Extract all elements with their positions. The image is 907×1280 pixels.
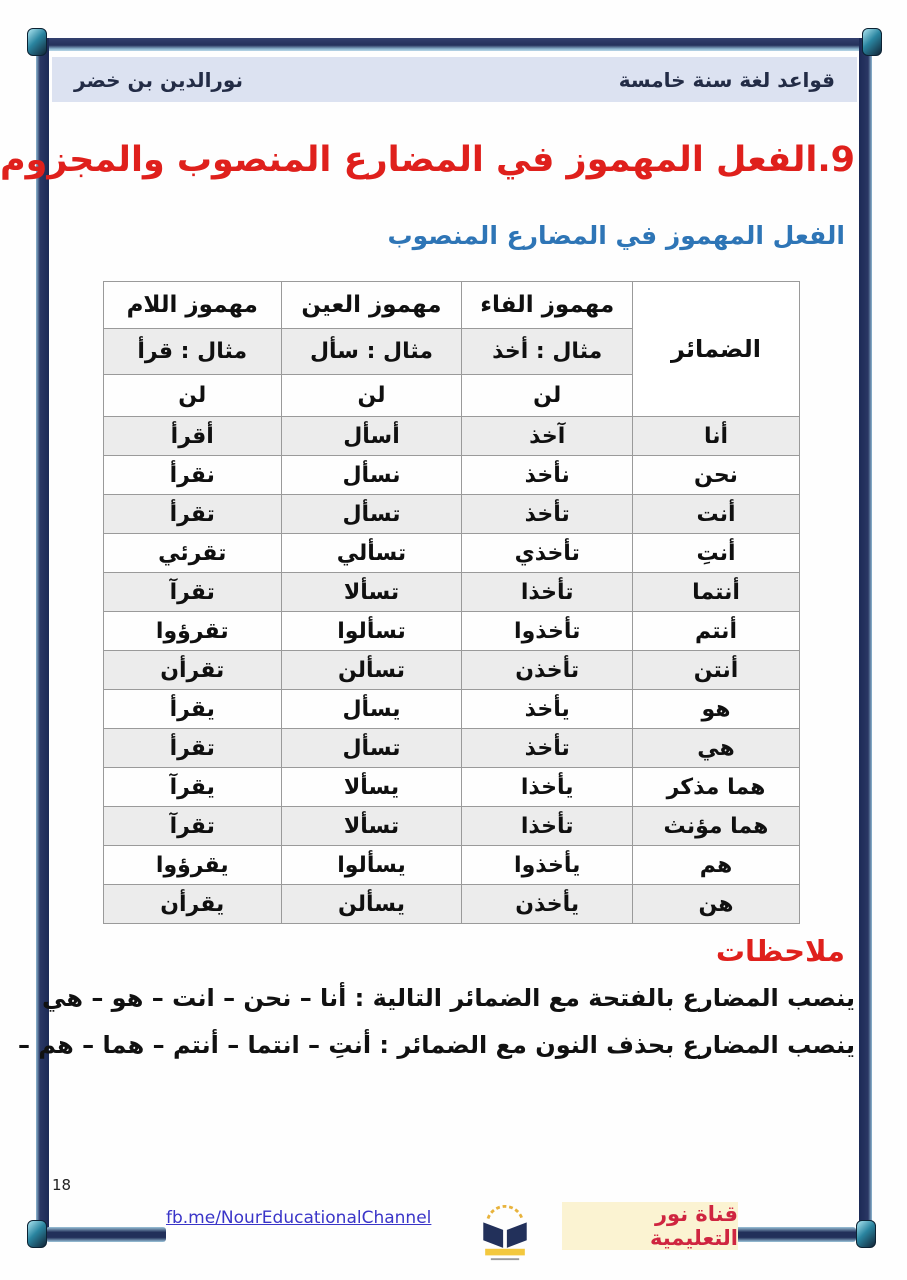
- verb-cell-faa: تأخذن: [462, 651, 633, 690]
- verb-cell-lam: يقرؤوا: [104, 846, 282, 885]
- pronoun-cell: هي: [632, 729, 799, 768]
- conjugation-row: هما مؤنثتأخذاتسألاتقرآ: [104, 807, 800, 846]
- channel-logo: [476, 1194, 534, 1262]
- example-cell-faa: مثال : أخذ: [462, 329, 633, 375]
- channel-name-text: قناة نور التعليمية: [562, 1202, 738, 1250]
- pronoun-cell: أنت: [632, 495, 799, 534]
- verb-cell-lam: تقرأن: [104, 651, 282, 690]
- verb-cell-faa: يأخذا: [462, 768, 633, 807]
- verb-cell-faa: نأخذ: [462, 456, 633, 495]
- pronoun-cell: هن: [632, 885, 799, 924]
- conjugation-row: هنيأخذنيسألنيقرأن: [104, 885, 800, 924]
- example-cell-lam: مثال : قرأ: [104, 329, 282, 375]
- verb-cell-lam: يقرأ: [104, 690, 282, 729]
- verb-cell-ain: نسأل: [281, 456, 462, 495]
- conjugation-row: هويأخذيسأليقرأ: [104, 690, 800, 729]
- verb-cell-faa: آخذ: [462, 417, 633, 456]
- negation-cell-faa: لن: [462, 375, 633, 417]
- conjugation-row: أنتماتأخذاتسألاتقرآ: [104, 573, 800, 612]
- verb-cell-lam: تقرئي: [104, 534, 282, 573]
- conjugation-row: هيتأخذتسألتقرأ: [104, 729, 800, 768]
- pronoun-cell: أنتِ: [632, 534, 799, 573]
- facebook-channel-link[interactable]: fb.me/NourEducationalChannel: [166, 1208, 431, 1228]
- verb-cell-faa: تأخذا: [462, 573, 633, 612]
- pronoun-cell: أنا: [632, 417, 799, 456]
- conjugation-table: الضمائر مهموز الفاء مهموز العين مهموز ال…: [103, 281, 800, 924]
- frame-corner-ornament-top-right: [862, 28, 882, 56]
- conjugation-table-body: الضمائر مهموز الفاء مهموز العين مهموز ال…: [104, 282, 800, 924]
- conjugation-row: أنتتأخذتسألتقرأ: [104, 495, 800, 534]
- conjugation-row: هما مذكريأخذايسألايقرآ: [104, 768, 800, 807]
- open-book-logo-icon: [476, 1194, 534, 1262]
- verb-cell-ain: تسأل: [281, 729, 462, 768]
- column-header-faa: مهموز الفاء: [462, 282, 633, 329]
- notes-heading: ملاحظات: [555, 934, 845, 968]
- pronoun-cell: أنتم: [632, 612, 799, 651]
- verb-cell-ain: تسألا: [281, 807, 462, 846]
- note-line-1: ينصب المضارع بالفتحة مع الضمائر التالية …: [55, 984, 855, 1012]
- verb-cell-lam: تقرآ: [104, 807, 282, 846]
- verb-cell-ain: تسألا: [281, 573, 462, 612]
- column-header-ain: مهموز العين: [281, 282, 462, 329]
- conjugation-row: هميأخذوايسألوايقرؤوا: [104, 846, 800, 885]
- lesson-title: 9.الفعل المهموز في المضارع المنصوب والمج…: [55, 116, 855, 204]
- section-subtitle: الفعل المهموز في المضارع المنصوب: [100, 221, 845, 250]
- negation-cell-ain: لن: [281, 375, 462, 417]
- verb-cell-ain: يسألوا: [281, 846, 462, 885]
- header-author-text: نورالدين بن خضر: [74, 68, 243, 92]
- table-header-row: الضمائر مهموز الفاء مهموز العين مهموز ال…: [104, 282, 800, 329]
- channel-name-badge: قناة نور التعليمية: [562, 1202, 738, 1250]
- verb-cell-lam: أقرأ: [104, 417, 282, 456]
- frame-top-bar: [36, 38, 872, 51]
- pronoun-cell: هو: [632, 690, 799, 729]
- conjugation-row: أنتمتأخذواتسألواتقرؤوا: [104, 612, 800, 651]
- pronoun-cell: هم: [632, 846, 799, 885]
- verb-cell-lam: نقرأ: [104, 456, 282, 495]
- verb-cell-faa: يأخذوا: [462, 846, 633, 885]
- worksheet-page: قواعد لغة سنة خامسة نورالدين بن خضر 9.ال…: [0, 0, 907, 1280]
- frame-corner-ornament-top-left: [27, 28, 47, 56]
- conjugation-row: نحننأخذنسألنقرأ: [104, 456, 800, 495]
- verb-cell-lam: تقرؤوا: [104, 612, 282, 651]
- verb-cell-faa: تأخذي: [462, 534, 633, 573]
- verb-cell-ain: يسأل: [281, 690, 462, 729]
- verb-cell-lam: يقرآ: [104, 768, 282, 807]
- conjugation-row: أنتنتأخذنتسألنتقرأن: [104, 651, 800, 690]
- conjugation-row: أناآخذأسألأقرأ: [104, 417, 800, 456]
- verb-cell-lam: يقرأن: [104, 885, 282, 924]
- verb-cell-faa: يأخذن: [462, 885, 633, 924]
- pronoun-cell: هما مذكر: [632, 768, 799, 807]
- conjugation-row: أنتِتأخذيتسأليتقرئي: [104, 534, 800, 573]
- frame-bottom-left-bar: [46, 1227, 166, 1242]
- verb-cell-lam: تقرأ: [104, 495, 282, 534]
- note-line-2: ينصب المضارع بحذف النون مع الضمائر : أنت…: [55, 1031, 855, 1059]
- verb-cell-ain: تسألي: [281, 534, 462, 573]
- verb-cell-ain: تسأل: [281, 495, 462, 534]
- document-header: قواعد لغة سنة خامسة نورالدين بن خضر: [52, 57, 857, 102]
- verb-cell-ain: يسألن: [281, 885, 462, 924]
- pronoun-cell: نحن: [632, 456, 799, 495]
- verb-cell-faa: تأخذ: [462, 729, 633, 768]
- verb-cell-faa: يأخذ: [462, 690, 633, 729]
- frame-corner-ornament-bottom-right: [856, 1220, 876, 1248]
- verb-cell-ain: تسألوا: [281, 612, 462, 651]
- verb-cell-ain: يسألا: [281, 768, 462, 807]
- verb-cell-lam: تقرأ: [104, 729, 282, 768]
- verb-cell-faa: تأخذوا: [462, 612, 633, 651]
- pronoun-cell: أنتن: [632, 651, 799, 690]
- example-cell-ain: مثال : سأل: [281, 329, 462, 375]
- page-number: 18: [52, 1176, 71, 1194]
- pronoun-cell: أنتما: [632, 573, 799, 612]
- verb-cell-ain: تسألن: [281, 651, 462, 690]
- negation-cell-lam: لن: [104, 375, 282, 417]
- pronoun-cell: هما مؤنث: [632, 807, 799, 846]
- column-header-lam: مهموز اللام: [104, 282, 282, 329]
- verb-cell-faa: تأخذ: [462, 495, 633, 534]
- verb-cell-lam: تقرآ: [104, 573, 282, 612]
- frame-right-bar: [859, 38, 872, 1238]
- header-subject-text: قواعد لغة سنة خامسة: [619, 68, 835, 92]
- frame-bottom-right-bar: [732, 1227, 856, 1242]
- frame-corner-ornament-bottom-left: [27, 1220, 47, 1248]
- pronouns-header-cell: الضمائر: [632, 282, 799, 417]
- verb-cell-ain: أسأل: [281, 417, 462, 456]
- verb-cell-faa: تأخذا: [462, 807, 633, 846]
